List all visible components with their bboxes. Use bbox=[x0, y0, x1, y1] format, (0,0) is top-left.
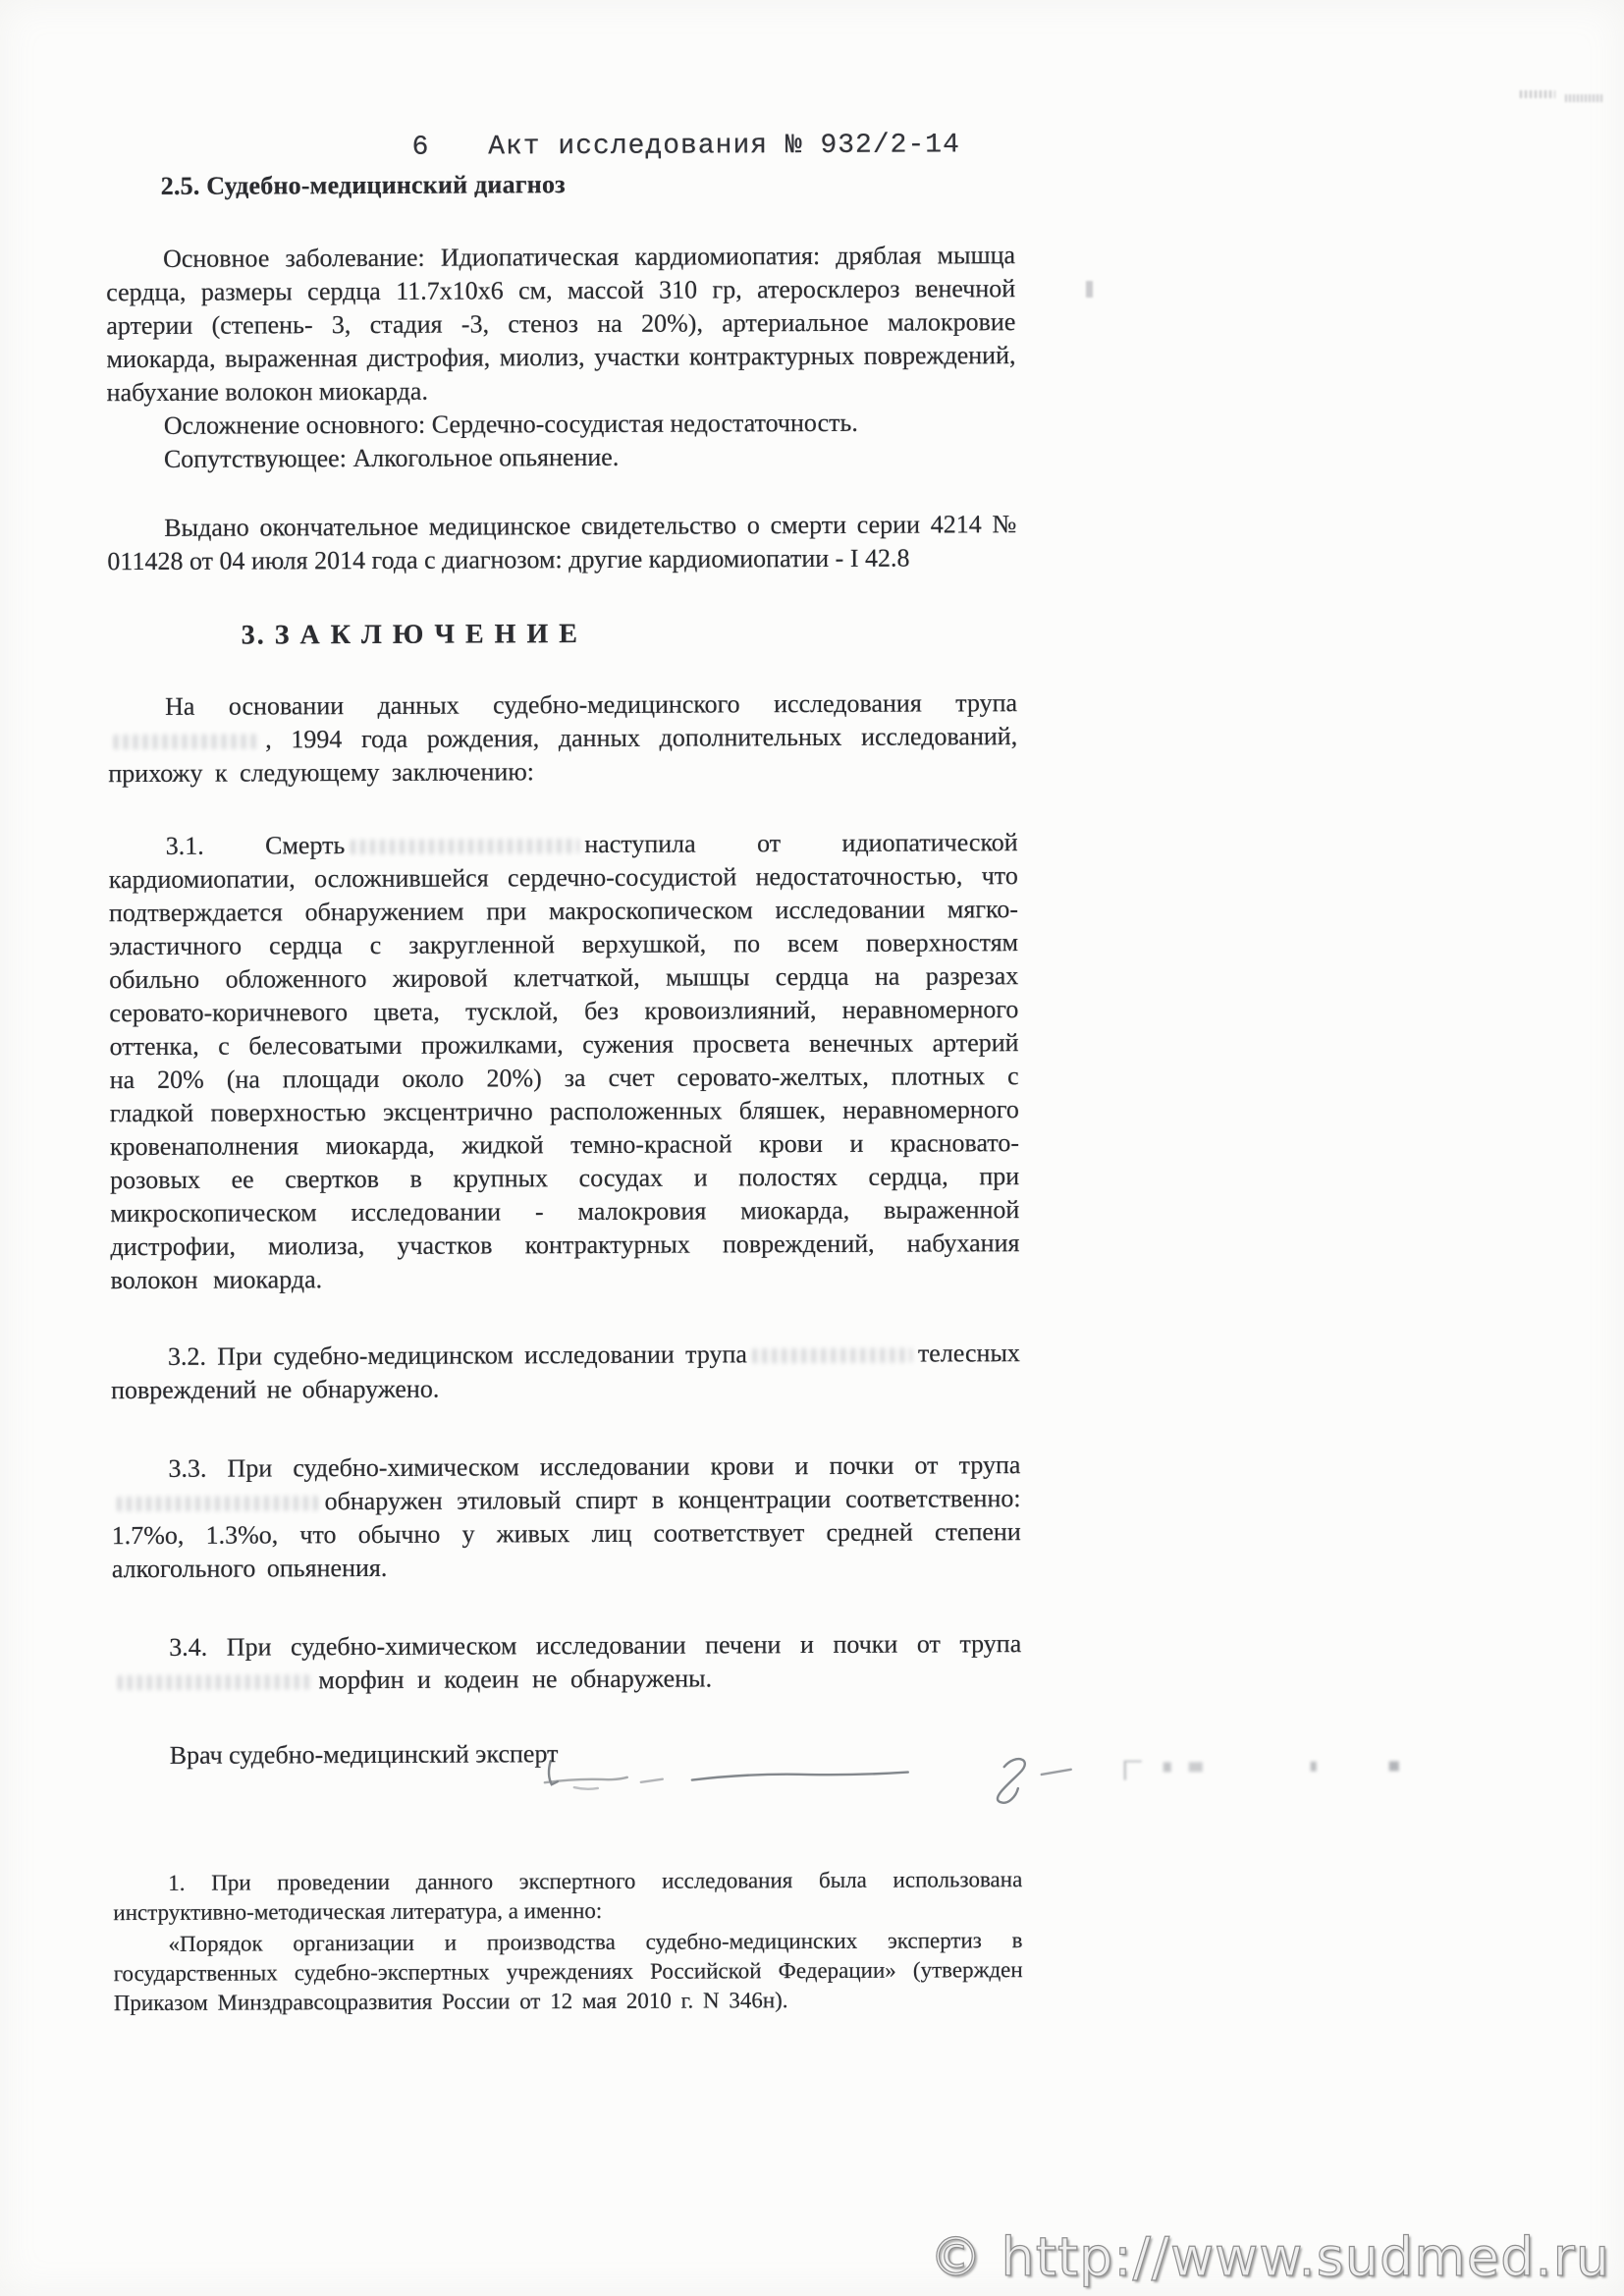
scan-speck bbox=[1565, 94, 1604, 102]
signature-row: Врач судебно-медицинский эксперт bbox=[113, 1735, 1022, 1816]
paragraph-death-certificate: Выдано окончательное медицинское свидете… bbox=[107, 508, 1016, 578]
document-title: Акт исследования № 932/2-14 bbox=[488, 130, 960, 162]
p32-text-before: 3.2. При судебно-медицинском исследовани… bbox=[168, 1339, 747, 1371]
scan-speck bbox=[1520, 90, 1555, 98]
p31-text-before: 3.1. Смерть bbox=[166, 831, 346, 860]
expert-signature-icon bbox=[535, 1729, 1085, 1810]
scan-content: 6 Акт исследования № 932/2-14 2.5. Судеб… bbox=[0, 0, 1624, 2296]
paragraph-3-2: 3.2. При судебно-медицинском исследовани… bbox=[111, 1337, 1020, 1407]
p34-text-before: 3.4. При судебно-химическом исследовании… bbox=[169, 1629, 1021, 1662]
scan-speck bbox=[1086, 281, 1093, 298]
signature-label: Врач судебно-медицинский эксперт bbox=[170, 1739, 559, 1770]
redacted-name bbox=[351, 839, 578, 854]
redacted-name bbox=[118, 1674, 312, 1690]
paragraph-3-1: 3.1. Смертьнаступила от идиопатической к… bbox=[109, 826, 1020, 1297]
footnotes: 1. При проведении данного экспертного ис… bbox=[113, 1865, 1023, 2018]
redacted-name bbox=[114, 734, 259, 749]
document-body: 6 Акт исследования № 932/2-14 2.5. Судеб… bbox=[0, 0, 1023, 2019]
section-heading-diagnosis: 2.5. Судебно-медицинский диагноз bbox=[161, 166, 1015, 203]
footnote-1: 1. При проведении данного экспертного ис… bbox=[113, 1865, 1022, 1928]
intro-text-before: На основании данных судебно-медицинского… bbox=[165, 688, 1017, 721]
redacted-name bbox=[118, 1496, 319, 1511]
faint-expert-name bbox=[1124, 1751, 1448, 1787]
paragraph-complication: Осложнение основного: Сердечно-сосудиста… bbox=[107, 406, 1016, 443]
paragraph-3-3: 3.3. При судебно-химическом исследовании… bbox=[111, 1449, 1021, 1586]
footnote-2: «Порядок организации и производства суде… bbox=[113, 1926, 1022, 2018]
p31-text-after: наступила от идиопатической кардиомиопат… bbox=[109, 828, 1020, 1294]
page-number: 6 bbox=[411, 133, 429, 163]
scanned-document-page: 6 Акт исследования № 932/2-14 2.5. Судеб… bbox=[0, 0, 1624, 2296]
paragraph-3-4: 3.4. При судебно-химическом исследовании… bbox=[112, 1627, 1021, 1698]
p33-text-before: 3.3. При судебно-химическом исследовании… bbox=[168, 1450, 1020, 1483]
p34-text-after: морфин и кодеин не обнаружены. bbox=[318, 1664, 712, 1694]
paragraph-conclusion-intro: На основании данных судебно-медицинского… bbox=[108, 686, 1017, 791]
page-header: 6 Акт исследования № 932/2-14 bbox=[105, 129, 1014, 166]
watermark-sudmed: © http://www.sudmed.ru bbox=[929, 2226, 1610, 2288]
section-heading-conclusion: 3. З А К Л Ю Ч Е Н И Е bbox=[242, 616, 1017, 652]
paragraph-concomitant: Сопутствующее: Алкогольное опьянение. bbox=[107, 439, 1016, 476]
paragraph-main-disease: Основное заболевание: Идиопатическая кар… bbox=[106, 239, 1016, 410]
intro-text-after: , 1994 года рождения, данных дополнитель… bbox=[108, 722, 1017, 788]
redacted-name bbox=[753, 1348, 912, 1364]
